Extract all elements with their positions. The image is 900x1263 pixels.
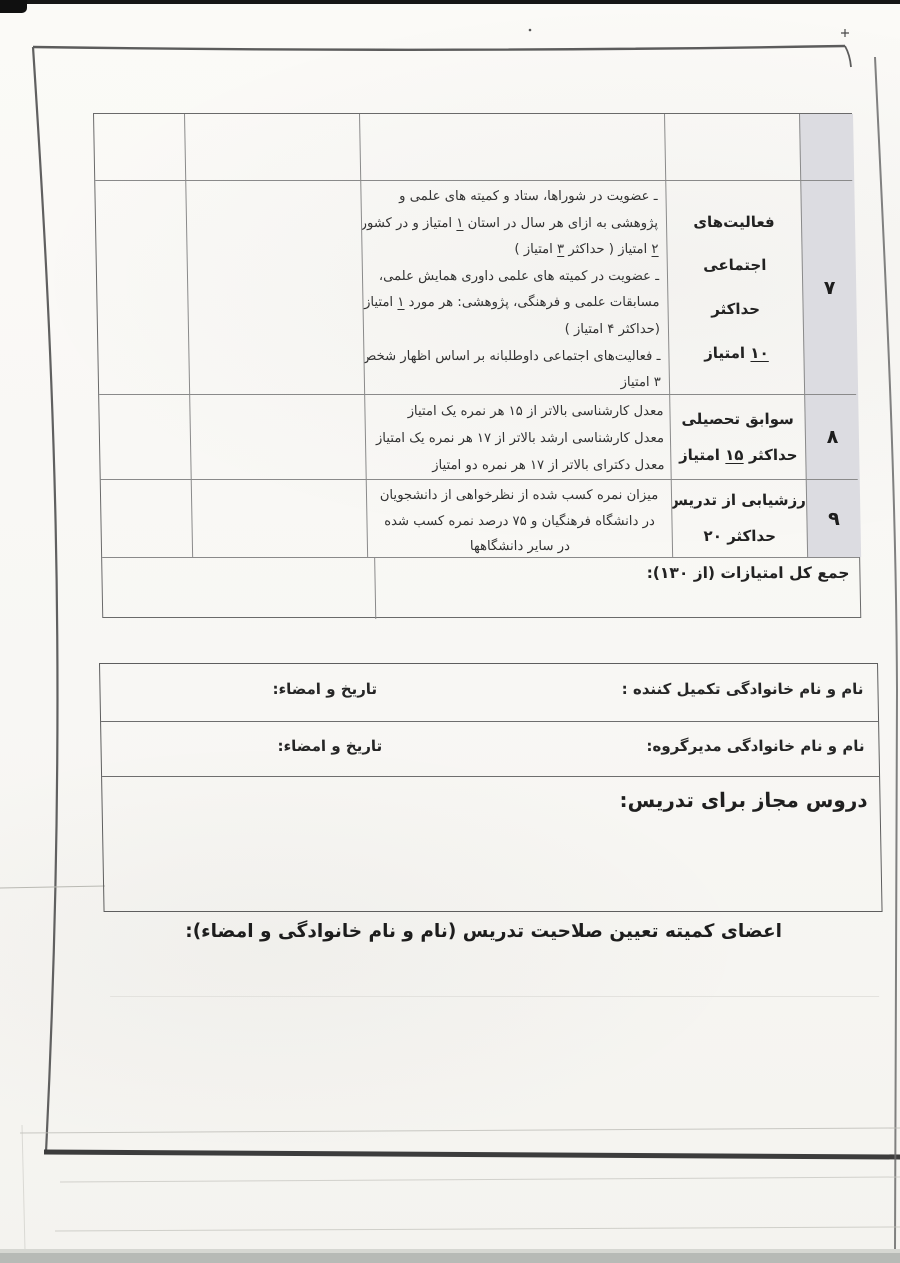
- row9-description: میزان نمره کسب شده از نظرخواهی از دانشجو…: [367, 480, 672, 557]
- header-empty-row: [94, 114, 854, 180]
- row7-score-cell-empty: [186, 181, 364, 394]
- text-line: حداکثر: [711, 296, 760, 323]
- group-manager-date-signature-label: تاریخ و امضاء:: [277, 737, 382, 755]
- committee-members-heading: اعضای کمیته تعیین صلاحیت تدریس (نام و نا…: [0, 921, 782, 942]
- text-line: مسابقات علمی و فرهنگی، پژوهشی: هر مورد ۱…: [371, 290, 659, 317]
- completer-name-label: نام و نام خانوادگی تکمیل کننده :: [621, 680, 863, 698]
- allowed-courses-area: دروس مجاز برای تدریس:: [102, 776, 881, 911]
- row8-description: معدل کارشناسی بالاتر از ۱۵ هر نمره یک ام…: [365, 395, 671, 479]
- row9-criterion-title: ارزشیابی از تدریسحداکثر ۲۰: [672, 480, 807, 557]
- text-line: معدل کارشناسی ارشد بالاتر از ۱۷ هر نمره …: [374, 425, 664, 452]
- group-manager-name-label: نام و نام خانوادگی مدیرگروه:: [646, 737, 864, 755]
- completer-row: نام و نام خانوادگی تکمیل کننده : تاریخ و…: [100, 664, 878, 722]
- text-line: معدل دکترای بالاتر از ۱۷ هر نمره دو امتی…: [374, 452, 664, 479]
- text-line: پژوهشی به ازای هر سال در استان ۱ امتیاز …: [370, 211, 658, 238]
- text-line: ـ عضویت در کمیته های علمی داوری همایش عل…: [371, 264, 659, 291]
- text-line: در سایر دانشگاهها: [376, 534, 664, 557]
- text-line: میزان نمره کسب شده از نظرخواهی از دانشجو…: [375, 483, 663, 509]
- row7-note-cell-empty: [95, 181, 189, 394]
- text-line: ـ عضویت در شوراها، ستاد و کمیته های علمی…: [369, 184, 657, 211]
- row9-score-cell-empty: [192, 480, 367, 557]
- scan-artifact-line: [110, 996, 879, 997]
- row8-criterion-title: سوابق تحصیلیحداکثر ۱۵ امتیاز: [670, 395, 806, 479]
- text-line: در دانشگاه فرهنگیان و ۷۵ درصد نمره کسب ش…: [375, 509, 663, 535]
- group-manager-row: نام و نام خانوادگی مدیرگروه: تاریخ و امض…: [101, 721, 879, 777]
- text-line: معدل کارشناسی بالاتر از ۱۵ هر نمره یک ام…: [373, 398, 663, 425]
- row7-description: ـ عضویت در شوراها، ستاد و کمیته های علمی…: [361, 181, 669, 394]
- row7-number-cell: ۷: [801, 181, 858, 394]
- text-line: سوابق تحصیلی: [681, 406, 794, 433]
- text-line: (حداکثر ۴ امتیاز ): [372, 317, 660, 344]
- text-line: ـ فعالیت‌های اجتماعی داوطلبانه بر اساس ا…: [372, 344, 660, 371]
- evaluation-table: ۷ فعالیت‌هایاجتماعیحداکثر۱۰ امتیاز ـ عضو…: [93, 113, 861, 618]
- scan-edge-bottom: [0, 1253, 900, 1263]
- completer-date-signature-label: تاریخ و امضاء:: [272, 680, 377, 698]
- text-line: حداکثر ۱۵ امتیاز: [679, 442, 798, 469]
- row9-note-cell-empty: [101, 480, 192, 557]
- total-score-label: جمع کل امتیازات (از ۱۳۰):: [375, 558, 862, 619]
- row9-number-cell: ۹: [807, 480, 861, 557]
- row8-score-cell-empty: [190, 395, 366, 479]
- text-line: ارزشیابی از تدریس: [672, 487, 807, 514]
- text-line: فعالیت‌های: [693, 209, 775, 236]
- allowed-courses-label: دروس مجاز برای تدریس:: [619, 788, 867, 812]
- text-line: حداکثر ۲۰: [703, 523, 776, 550]
- row7-criterion-title: فعالیت‌هایاجتماعیحداکثر۱۰ امتیاز: [666, 181, 804, 394]
- text-line: ۲ امتیاز ( حداکثر ۳ امتیاز ): [370, 237, 658, 264]
- row8-number-cell: ۸: [805, 395, 860, 479]
- text-line: ۱۰ امتیاز: [704, 340, 769, 367]
- signature-box: نام و نام خانوادگی تکمیل کننده : تاریخ و…: [99, 663, 883, 912]
- row8-note-cell-empty: [99, 395, 191, 479]
- text-line: ۳ امتیاز: [373, 370, 661, 394]
- scan-edge-top: [0, 0, 900, 4]
- text-line: اجتماعی: [703, 252, 767, 279]
- scan-blob-top-left: [0, 0, 27, 13]
- total-score-value-cell-empty: [102, 558, 375, 619]
- scanned-form-page: ۷ فعالیت‌هایاجتماعیحداکثر۱۰ امتیاز ـ عضو…: [0, 0, 900, 1263]
